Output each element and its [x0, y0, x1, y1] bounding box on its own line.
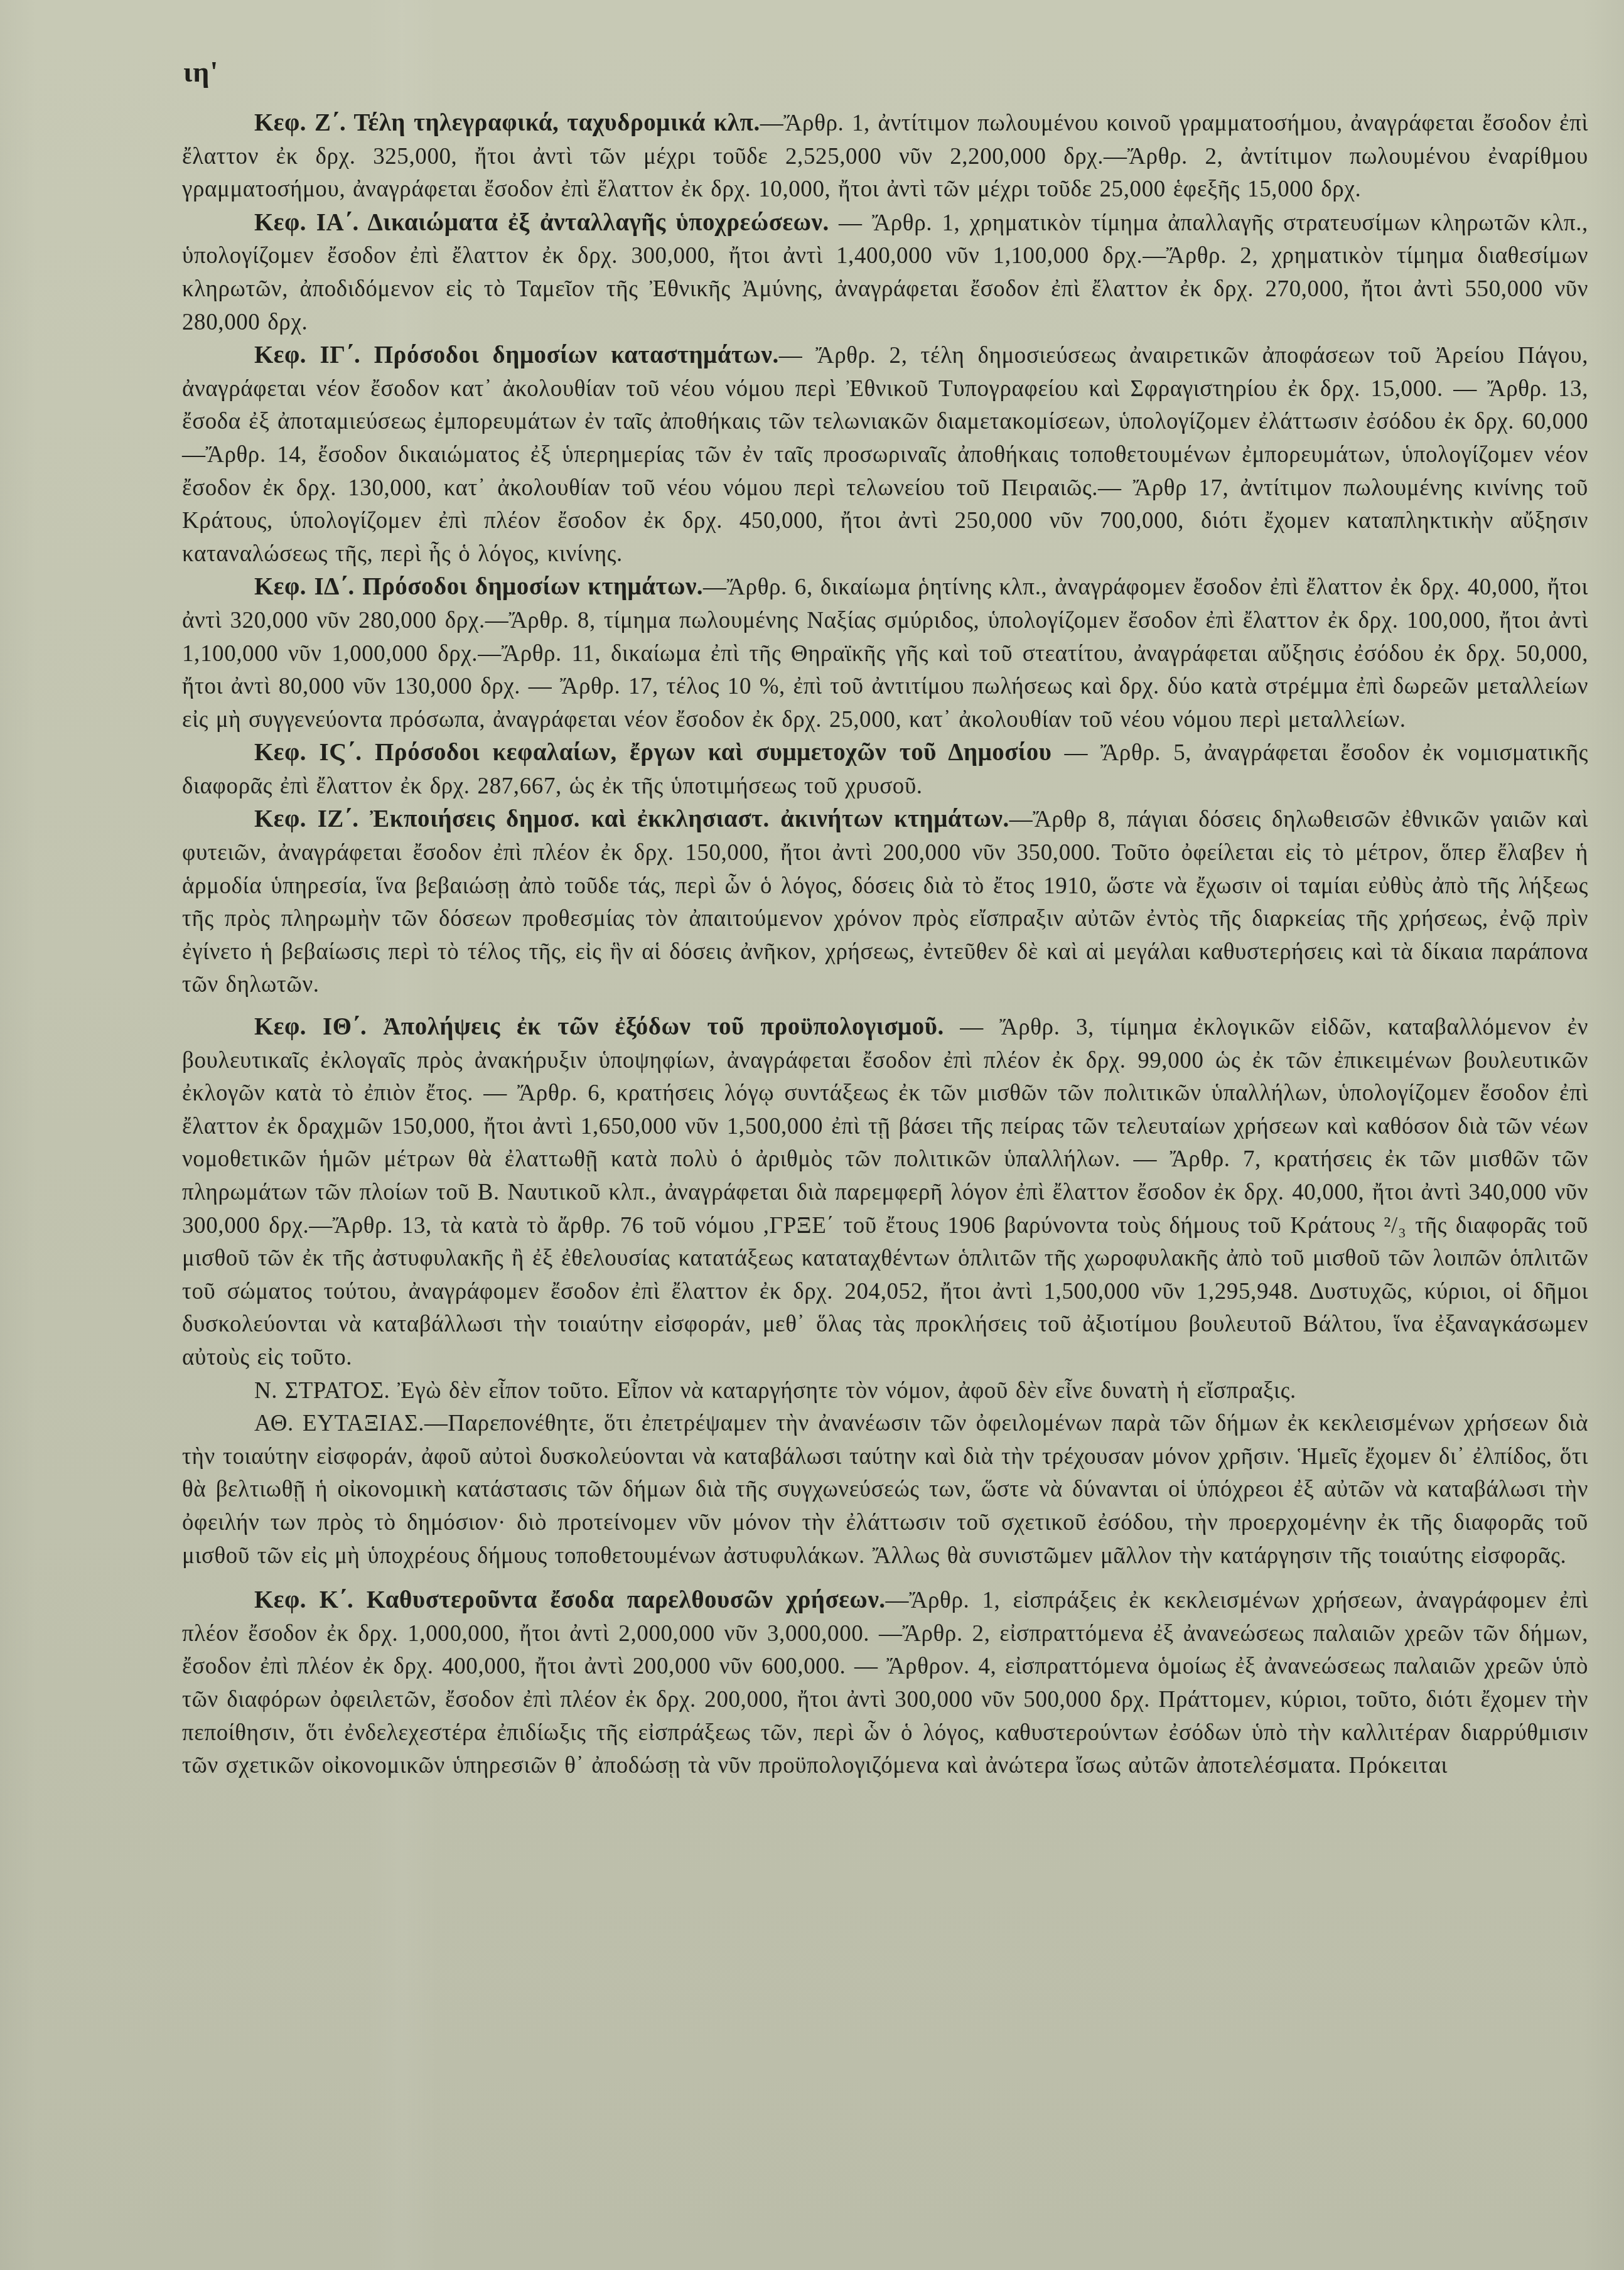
- document-body: Κεφ. Ζ΄. Τέλη τηλεγραφικά, ταχυδρομικά κ…: [182, 107, 1588, 1783]
- section-kef-z: Κεφ. Ζ΄. Τέλη τηλεγραφικά, ταχυδρομικά κ…: [182, 107, 1588, 207]
- section-text: — Ἄρθρ. 3, τίμημα ἐκλογικῶν εἰδῶν, καταβ…: [182, 1014, 1588, 1370]
- section-heading: Κεφ. Ζ΄. Τέλη τηλεγραφικά, ταχυδρομικά κ…: [254, 109, 760, 136]
- section-heading: Κεφ. ΙΘ΄. Ἀπολήψεις ἐκ τῶν ἐξόδων τοῦ πρ…: [254, 1013, 944, 1040]
- section-kef-ia: Κεφ. ΙΑ΄. Δικαιώματα ἐξ ἀνταλλαγῆς ὑποχρ…: [182, 207, 1588, 339]
- speech-eftaxias: ΑΘ. ΕΥΤΑΞΙΑΣ.—Παρεπονέθητε, ὅτι ἐπετρέψα…: [182, 1407, 1588, 1573]
- section-text: —Ἄρθρ 8, πάγιαι δόσεις δηλωθεισῶν ἐθνικῶ…: [182, 807, 1588, 998]
- section-text: — Ἄρθρ. 2, τέλη δημοσιεύσεως ἀναιρετικῶν…: [182, 343, 1588, 567]
- section-heading: Κεφ. ΙΑ΄. Δικαιώματα ἐξ ἀνταλλαγῆς ὑποχρ…: [254, 209, 829, 236]
- section-kef-ig: Κεφ. ΙΓ΄. Πρόσοδοι δημοσίων καταστημάτων…: [182, 339, 1588, 571]
- section-heading: Κεφ. ΙΓ΄. Πρόσοδοι δημοσίων καταστημάτων…: [254, 342, 779, 368]
- section-kef-k: Κεφ. Κ΄. Καθυστεροῦντα ἔσοδα παρελθουσῶν…: [182, 1584, 1588, 1783]
- page-number: ιη': [183, 55, 218, 89]
- section-heading: Κεφ. ΙΖ΄. Ἐκποιήσεις δημοσ. καὶ ἐκκλησια…: [254, 805, 1009, 832]
- section-heading: Κεφ. Κ΄. Καθυστεροῦντα ἔσοδα παρελθουσῶν…: [254, 1586, 886, 1613]
- section-heading: Κεφ. ΙΔ΄. Πρόσοδοι δημοσίων κτημάτων.: [254, 573, 703, 600]
- section-kef-ith: Κεφ. ΙΘ΄. Ἀπολήψεις ἐκ τῶν ἐξόδων τοῦ πρ…: [182, 1011, 1588, 1375]
- section-kef-is: Κεφ. ΙϚ΄. Πρόσοδοι κεφαλαίων, ἔργων καὶ …: [182, 736, 1588, 803]
- speaker-name: ΑΘ. ΕΥΤΑΞΙΑΣ.: [254, 1411, 424, 1436]
- speech-text: Ἐγὼ δὲν εἶπον τοῦτο. Εἶπον νὰ καταργήσητ…: [390, 1378, 1296, 1404]
- speech-stratos: Ν. ΣΤΡΑΤΟΣ. Ἐγὼ δὲν εἶπον τοῦτο. Εἶπον ν…: [182, 1375, 1588, 1408]
- section-heading: Κεφ. ΙϚ΄. Πρόσοδοι κεφαλαίων, ἔργων καὶ …: [254, 739, 1051, 766]
- section-text: —Ἄρθρ. 1, εἰσπράξεις ἐκ κεκλεισμένων χρή…: [182, 1588, 1588, 1778]
- speaker-name: Ν. ΣΤΡΑΤΟΣ.: [254, 1378, 390, 1404]
- section-kef-iz: Κεφ. ΙΖ΄. Ἐκποιήσεις δημοσ. καὶ ἐκκλησια…: [182, 803, 1588, 1002]
- section-kef-id: Κεφ. ΙΔ΄. Πρόσοδοι δημοσίων κτημάτων.—Ἄρ…: [182, 571, 1588, 736]
